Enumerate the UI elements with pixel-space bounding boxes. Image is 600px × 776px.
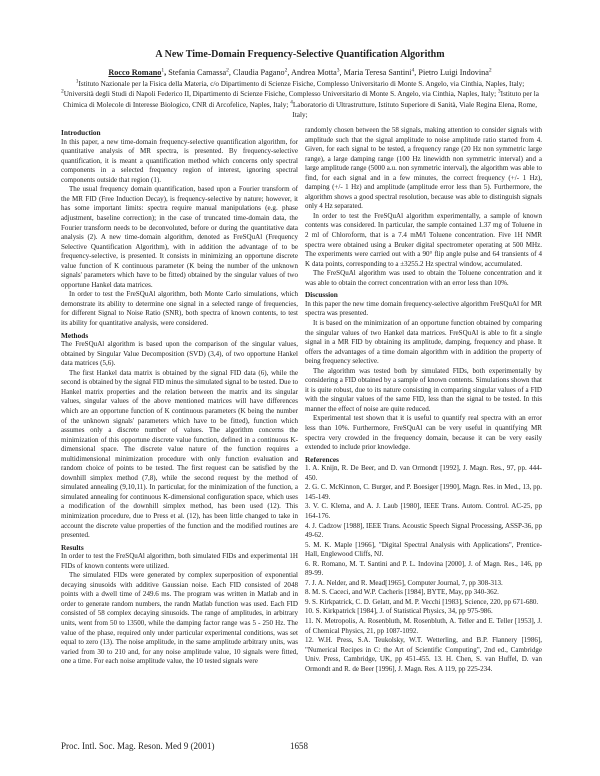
affiliation-text: Università degli Studi di Napoli Federic…: [64, 90, 498, 98]
reference-list: 1. A. Knijn, R. De Beer, and D. van Ormo…: [305, 464, 542, 674]
paragraph: In order to test the FreSQuAl algorithm,…: [61, 290, 298, 328]
reference-item: 6. R. Romano, M. T. Santini and P. L. In…: [305, 560, 542, 579]
section-heading-methods: Methods: [61, 331, 298, 341]
left-column: Introduction In this paper, a new time-d…: [61, 128, 298, 667]
reference-item: 7. J. A. Nelder, and R. Mead[1965], Comp…: [305, 579, 542, 589]
reference-item: 3. V. C. Klema, and A. J. Laub [1980], I…: [305, 502, 542, 521]
author-list: Rocco Romano1, Stefania Camassa2, Claudi…: [40, 68, 560, 78]
reference-item: 10. S. Kirkpatrick [1984], J. of Statist…: [305, 607, 542, 617]
reference-item: 1. A. Knijn, R. De Beer, and D. van Ormo…: [305, 464, 542, 483]
author-name: Maria Teresa Santini: [344, 68, 412, 77]
author-affiliation-mark: 2: [489, 67, 492, 73]
reference-item: 4. J. Cadzow [1988], IEEE Trans. Acousti…: [305, 522, 542, 541]
paragraph: The FreSQuAl algorithm is based upon the…: [61, 340, 298, 369]
footer-citation: Proc. Intl. Soc. Mag. Reson. Med 9 (2001…: [61, 741, 214, 751]
paragraph: The algorithm was tested both by simulat…: [305, 367, 542, 415]
section-heading-introduction: Introduction: [61, 128, 298, 138]
section-heading-references: References: [305, 455, 542, 465]
paragraph: In order to test the FreSQuAl algorithm …: [305, 212, 542, 269]
paragraph: The simulated FIDs were generated by com…: [61, 571, 298, 666]
affiliations: 1Istituto Nazionale per la Fisica della …: [60, 79, 540, 121]
author-affiliation-mark: 4: [412, 67, 415, 73]
paper-title: A New Time-Domain Frequency-Selective Qu…: [0, 49, 600, 60]
affiliation-text: Laboratorio di Ultrastrutture, Istituto …: [292, 101, 537, 119]
paragraph: The usual frequency domain quantificatio…: [61, 185, 298, 290]
section-heading-results: Results: [61, 543, 298, 553]
paragraph: It is based on the minimization of an op…: [305, 319, 542, 367]
paragraph: Experimental test shown that it is usefu…: [305, 414, 542, 452]
author-name: Claudia Pagano: [233, 68, 285, 77]
reference-item: 8. M. S. Caceci, and W.P. Cacheris [1984…: [305, 588, 542, 598]
paragraph: randomly chosen between the 58 signals, …: [305, 126, 542, 212]
affiliation-text: Istituto Nazionale per la Fisica della M…: [79, 80, 525, 88]
author-affiliation-mark: 2: [226, 67, 229, 73]
author-name: Rocco Romano: [108, 68, 161, 77]
paragraph: The first Hankel data matrix is obtained…: [61, 369, 298, 541]
reference-item: 9. S. Kirkpatrick, C. D. Gelatt, and M. …: [305, 598, 542, 608]
right-column: randomly chosen between the 58 signals, …: [305, 126, 542, 674]
reference-item: 11. N. Metropolis, A. Rosenbluth, M. Ros…: [305, 617, 542, 636]
author-name: Stefania Camassa: [168, 68, 226, 77]
paragraph: In this paper, a new time-domain frequen…: [61, 138, 298, 186]
reference-item: 5. M. K. Maple [1966], "Digital Spectral…: [305, 541, 542, 560]
page-number: 1658: [290, 741, 308, 751]
reference-item: 2. G. C. McKinnon, C. Burger, and P. Boe…: [305, 483, 542, 502]
author-name: Pietro Luigi Indovina: [418, 68, 489, 77]
section-heading-discussion: Discussion: [305, 290, 542, 300]
paragraph: In order to test the FreSQuAl algorithm,…: [61, 552, 298, 571]
paragraph: The FreSQuAl algorithm was used to obtai…: [305, 269, 542, 288]
reference-item: 12. W.H. Press, S.A. Teukolsky, W.T. Wet…: [305, 636, 542, 674]
author-affiliation-mark: 3: [337, 67, 340, 73]
paragraph: In this paper the new time domain freque…: [305, 300, 542, 319]
author-name: Andrea Motta: [291, 68, 337, 77]
author-affiliation-mark: 2: [285, 67, 288, 73]
